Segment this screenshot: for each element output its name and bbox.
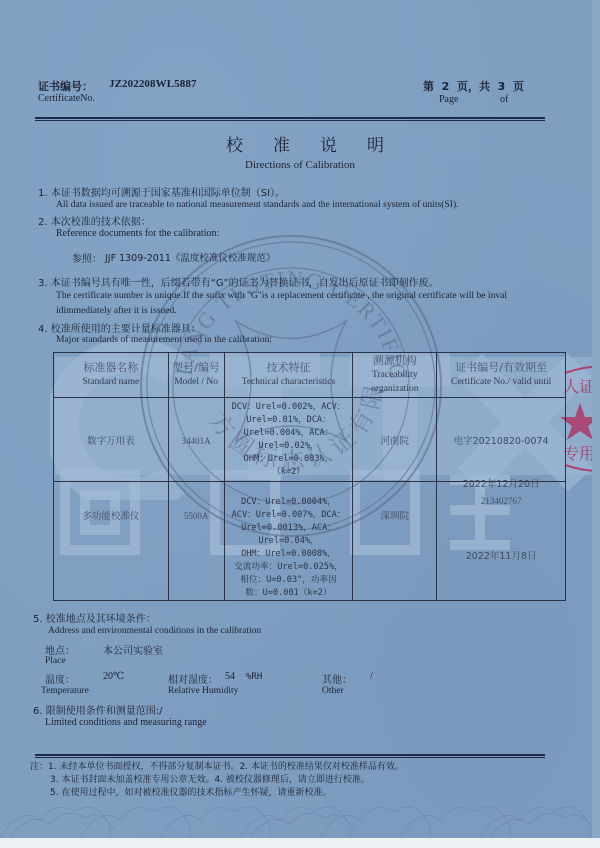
section-3-en-line1: The certificate number is unique.If the … bbox=[56, 290, 507, 301]
section-4-en: Major standards of measurement used in t… bbox=[56, 334, 272, 345]
certificate-no: 213402767 bbox=[481, 496, 522, 506]
certificate-no-label-en: CertificateNo. bbox=[38, 93, 95, 104]
valid-until-row1: 2022年12月20日 bbox=[463, 476, 540, 490]
valid-until-row2: 2022年11月8日 bbox=[466, 548, 537, 562]
model-no: 5500A bbox=[184, 511, 209, 521]
page-label-en: Page bbox=[439, 94, 458, 105]
guilloche-pattern-icon bbox=[0, 800, 600, 838]
other-label-en: Other bbox=[322, 686, 344, 696]
footer-rule bbox=[35, 754, 545, 758]
section-1-cn: 1. 本证书数据均可溯源于国家基准和国际单位制（SI）。 bbox=[38, 184, 285, 199]
other-label: 其他： bbox=[322, 671, 352, 686]
column-header-certificate: 证书编号/有效期至 Certificate No./ valid until bbox=[437, 353, 566, 398]
table-row: 多功能校准仪 5500A DCV：Urel=0.0004%， ACV：Urel=… bbox=[54, 482, 566, 601]
humidity-label-en: Relative Humidity bbox=[168, 686, 238, 696]
other-value: / bbox=[370, 671, 373, 682]
column-header-standard-name: 标准器名称 Standard name bbox=[54, 353, 169, 398]
reference-document: JJF 1309-2011《温度校准仪校准规范》 bbox=[105, 250, 275, 264]
certificate-no-value: JZ202208WL5887 bbox=[109, 78, 197, 90]
table-row: 数字万用表 34401A DCV：Urel=0.002%，ACV： Urel=0… bbox=[54, 398, 566, 482]
temperature-label-en: Temperature bbox=[41, 686, 89, 696]
humidity-unit: %RH bbox=[246, 672, 262, 682]
section-3-en-line2: idimmediately after it is issued. bbox=[56, 305, 177, 316]
standard-name: 多功能校准仪 bbox=[82, 511, 139, 522]
column-header-model: 型号/编号 Model / No bbox=[168, 353, 224, 398]
page-indicator: 第 2 页，共 3 页 bbox=[423, 78, 524, 94]
technical-characteristics: DCV：Urel=0.0004%， ACV：Urel=0.007%，DCA： U… bbox=[225, 496, 353, 600]
section-2-cn: 2. 本次校准的技术依据： bbox=[38, 213, 151, 228]
section-5-en: Address and environmental conditions in … bbox=[48, 626, 261, 636]
certificate-page: FANG TESTING CERTIFICATION CO.,LTD 方圆标志认… bbox=[0, 0, 600, 848]
note-line-2: 3. 本证书封面未加盖校准专用公章无效。4. 被校仪器修理后，请立即进行校准。 bbox=[30, 774, 404, 787]
standards-table: 标准器名称 Standard name 型号/编号 Model / No 技术特… bbox=[53, 352, 566, 601]
section-6-en: Limited conditions and measuring range bbox=[45, 717, 207, 728]
place-label: 地点： bbox=[45, 642, 75, 657]
page-edge bbox=[592, 0, 600, 848]
footer-notes: 注：1. 未经本单位书面授权，不得部分复制本证书。2. 本证书的校准结果仅对校准… bbox=[30, 761, 404, 800]
section-3-cn: 3. 本证书编号具有唯一性，后缀若带有“G”的证书为替换证书，自发出后原证书即刻… bbox=[38, 274, 439, 289]
table-header-row: 标准器名称 Standard name 型号/编号 Model / No 技术特… bbox=[54, 353, 566, 398]
section-1-en: All data issued are traceable to nationa… bbox=[56, 199, 459, 210]
of-label-en: of bbox=[500, 94, 508, 105]
section-6-cn: 6. 限制使用条件和测量范围:/ bbox=[33, 702, 162, 717]
place-value: 本公司实验室 bbox=[103, 642, 163, 657]
certificate-no: 电字20210820-0074 bbox=[454, 433, 549, 447]
humidity-label: 相对湿度： bbox=[168, 671, 218, 686]
section-4-cn: 4. 校准所使用的主要计量标准器具： bbox=[38, 320, 201, 335]
traceability-org: 深圳院 bbox=[381, 511, 410, 522]
note-line-3: 5. 在使用过程中，如对被校准仪器的技术指标产生怀疑，请重新校准。 bbox=[30, 787, 404, 800]
reference-label: 参照： bbox=[72, 250, 102, 265]
traceability-org: 河南院 bbox=[381, 436, 410, 447]
humidity-value: 54 bbox=[225, 671, 235, 682]
technical-characteristics: DCV：Urel=0.002%，ACV： Urel=0.01%，DCA： Ure… bbox=[225, 401, 353, 479]
section-2-en: Reference documents for the calibration: bbox=[56, 228, 219, 239]
section-5-cn: 5. 校准地点及其环境条件： bbox=[33, 610, 156, 625]
standard-name: 数字万用表 bbox=[87, 436, 135, 447]
certificate-no-label: 证书编号： bbox=[38, 78, 93, 94]
page-title-en: Directions of Calibration bbox=[0, 159, 600, 171]
scan-margin bbox=[0, 838, 600, 848]
column-header-technical: 技术特征 Technical characteristics bbox=[224, 353, 353, 398]
place-label-en: Place bbox=[45, 656, 66, 666]
page-title: 校准说明 bbox=[0, 131, 600, 156]
temperature-value: 20℃ bbox=[103, 671, 124, 682]
model-no: 34401A bbox=[182, 436, 211, 446]
note-line-1: 注：1. 未经本单位书面授权，不得部分复制本证书。2. 本证书的校准结果仅对校准… bbox=[30, 761, 404, 774]
column-header-traceability: 溯源机构 Traceability organization bbox=[353, 353, 437, 398]
header-rule bbox=[35, 117, 545, 121]
temperature-label: 温度： bbox=[45, 671, 75, 686]
